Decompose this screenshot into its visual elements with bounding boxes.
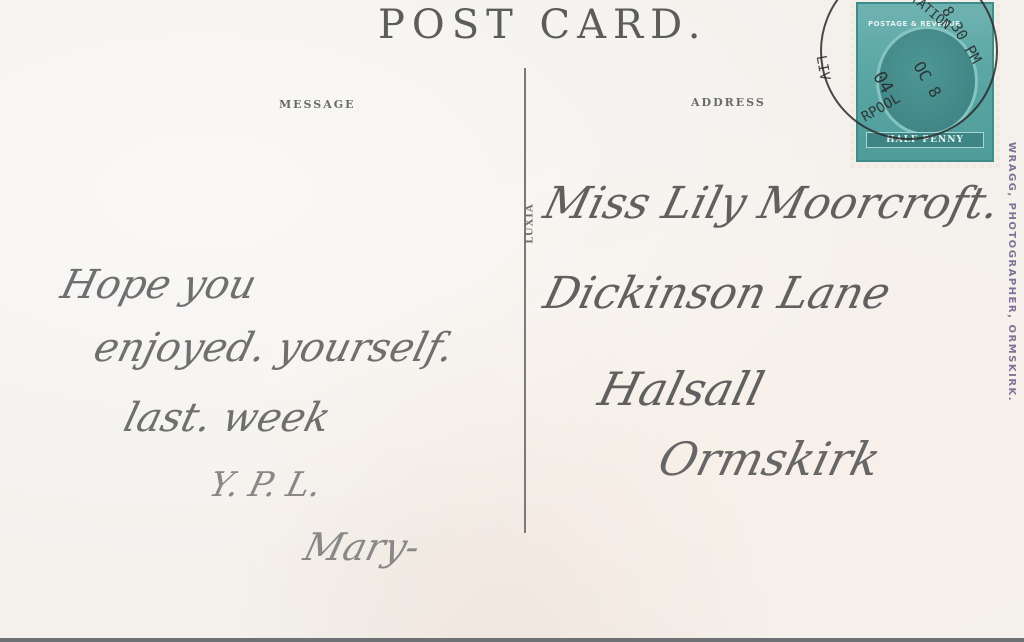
postcard-title: POST CARD. [378, 2, 707, 48]
luxia-imprint: LUXIA [525, 199, 536, 249]
message-signature: Mary- [300, 525, 425, 569]
publisher-imprint: WRAGG, PHOTOGRAPHER, ORMSKIRK. [1006, 142, 1017, 402]
message-line: enjoyed. yourself. [89, 325, 458, 371]
address-recipient: Miss Lily Moorcroft. [539, 178, 1005, 229]
postcard: POST CARD. MESSAGE ADDRESS LUXIA Hope yo… [0, 0, 1024, 638]
address-street: Dickinson Lane [539, 268, 896, 319]
scan-edge [0, 638, 1024, 642]
address-village: Halsall [593, 362, 769, 416]
address-label: ADDRESS [691, 96, 766, 109]
message-line: Hope you [56, 262, 261, 308]
address-town: Ormskirk [653, 432, 886, 486]
message-line: last. week [119, 395, 335, 441]
message-label: MESSAGE [279, 98, 356, 111]
center-divider [524, 68, 526, 533]
message-line: Y. P. L. [205, 465, 326, 505]
